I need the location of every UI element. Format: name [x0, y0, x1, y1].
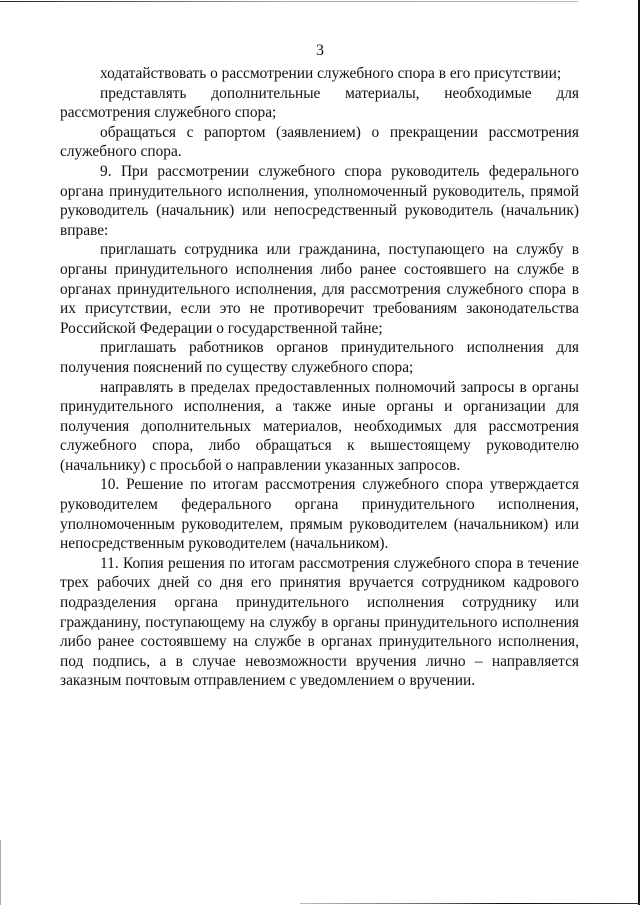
paragraph-item-10: 10. Решение по итогам рассмотрения служе… [60, 475, 579, 553]
paragraph-send-requests: направлять в пределах предоставленных по… [60, 378, 579, 476]
paragraph-submit-materials: представлять дополнительные материалы, н… [60, 84, 579, 123]
scan-edge-left [0, 840, 1, 905]
scan-edge-bottom [300, 903, 640, 904]
paragraph-item-11: 11. Копия решения по итогам рассмотрения… [60, 554, 579, 691]
document-body: ходатайствовать о рассмотрении служебног… [60, 64, 579, 691]
paragraph-item-9: 9. При рассмотрении служебного спора рук… [60, 162, 579, 240]
scan-edge-top [0, 1, 578, 2]
paragraph-petition-presence: ходатайствовать о рассмотрении служебног… [60, 64, 579, 84]
page-number: 3 [0, 42, 640, 60]
paragraph-request-termination: обращаться с рапортом (заявлением) о пре… [60, 123, 579, 162]
paragraph-invite-workers: приглашать работников органов принудител… [60, 338, 579, 377]
paragraph-invite-employee: приглашать сотрудника или гражданина, по… [60, 240, 579, 338]
